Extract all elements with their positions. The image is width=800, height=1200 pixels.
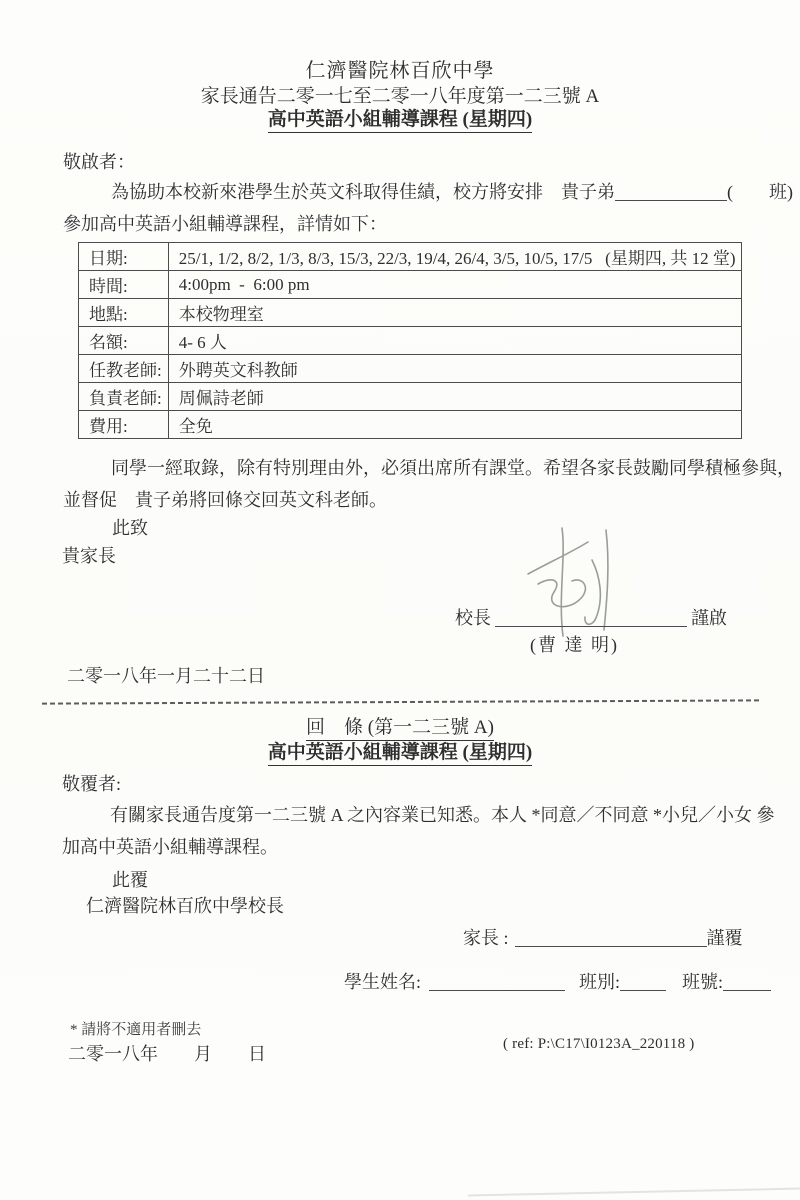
parent-signature-blank <box>515 929 707 947</box>
class-number-blank <box>723 973 771 991</box>
reply-closing: 此覆 <box>112 866 148 892</box>
table-row-venue: 地點:本校物理室 <box>79 299 742 327</box>
table-row-fee: 費用:全免 <box>79 411 742 439</box>
notice-opening-paragraph: 為協助本校新來港學生於英文科取得佳績，校方將安排 貴子弟( 班) 參加高中英語小… <box>63 176 793 240</box>
notice-title: 高中英語小組輔導課程 (星期四) <box>0 104 800 133</box>
principal-name: (曹 達 明) <box>530 631 619 657</box>
notice-salutation: 敬啟者： <box>63 148 135 174</box>
principal-sign-off: 謹啟 <box>691 608 727 628</box>
tear-off-dashed-divider <box>42 699 759 704</box>
notice-addressee: 貴家長 <box>62 542 116 568</box>
reply-addressee: 仁濟醫院林百欣中學校長 <box>86 892 284 918</box>
student-name-label: 學生姓名: <box>344 972 421 992</box>
notice-closing: 此致 <box>112 514 148 540</box>
parent-label: 家長 : <box>463 928 509 948</box>
student-name-blank <box>429 973 565 991</box>
table-row-time: 時間:4:00pm - 6:00 pm <box>79 271 742 299</box>
notice-date: 二零一八年一月二十二日 <box>67 662 265 688</box>
table-row-quota: 名額:4- 6 人 <box>79 327 742 355</box>
class-number-label: 班號: <box>682 972 723 992</box>
principal-label: 校長 <box>455 608 491 628</box>
reply-blank-date: 二零一八年 月 日 <box>68 1040 266 1066</box>
notice-second-paragraph: 同學一經取錄，除有特別理由外，必須出席所有課堂。希望各家長鼓勵同學積極參與， 並… <box>63 452 795 516</box>
student-info-line: 學生姓名:班別:班號: <box>344 968 771 994</box>
opening-line-2: 參加高中英語小組輔導課程，詳情如下： <box>63 208 793 240</box>
second-paragraph-line-2: 並督促 貴子弟將回條交回英文科老師。 <box>63 484 795 516</box>
class-label: 班別: <box>579 972 620 992</box>
table-row-teacher-in-charge: 負責老師:周佩詩老師 <box>79 383 742 411</box>
reply-body-line-2: 加高中英語小組輔導課程。 <box>62 831 775 863</box>
principal-signature-blank <box>495 609 687 627</box>
class-blank <box>620 973 666 991</box>
delete-inapplicable-footnote: * 請將不適用者刪去 <box>70 1018 201 1039</box>
scanned-notice-page: 仁濟醫院林百欣中學 家長通告二零一七至二零一八年度第一二三號 A 高中英語小組輔… <box>0 0 800 1200</box>
student-name-blank-line <box>615 183 727 201</box>
second-paragraph-line-1: 同學一經取錄，除有特別理由外，必須出席所有課堂。希望各家長鼓勵同學積極參與， <box>63 452 795 484</box>
reply-salutation: 敬覆者: <box>62 770 121 796</box>
reply-body-line-1: 有關家長通告度第一二三號 A 之內容業已知悉。本人 *同意／不同意 *小兒／小女… <box>62 799 775 831</box>
reply-slip-title: 高中英語小組輔導課程 (星期四) <box>0 737 800 766</box>
table-row-date: 日期:25/1, 1/2, 8/2, 1/3, 8/3, 15/3, 22/3,… <box>79 243 742 271</box>
scan-artifact-line <box>468 1187 800 1196</box>
parent-sign-line: 家長 :謹覆 <box>463 924 743 950</box>
course-details-table: 日期:25/1, 1/2, 8/2, 1/3, 8/3, 15/3, 22/3,… <box>78 242 742 439</box>
parent-sign-off: 謹覆 <box>707 928 743 948</box>
table-row-tutor: 任教老師:外聘英文科教師 <box>79 355 742 383</box>
reply-body-paragraph: 有關家長通告度第一二三號 A 之內容業已知悉。本人 *同意／不同意 *小兒／小女… <box>62 799 775 863</box>
opening-line-1: 為協助本校新來港學生於英文科取得佳績，校方將安排 貴子弟( 班) <box>63 176 793 208</box>
school-name: 仁濟醫院林百欣中學 <box>0 54 800 83</box>
principal-sign-line: 校長謹啟 <box>455 604 727 630</box>
file-reference: ( ref: P:\C17\I0123A_220118 ) <box>503 1036 694 1053</box>
